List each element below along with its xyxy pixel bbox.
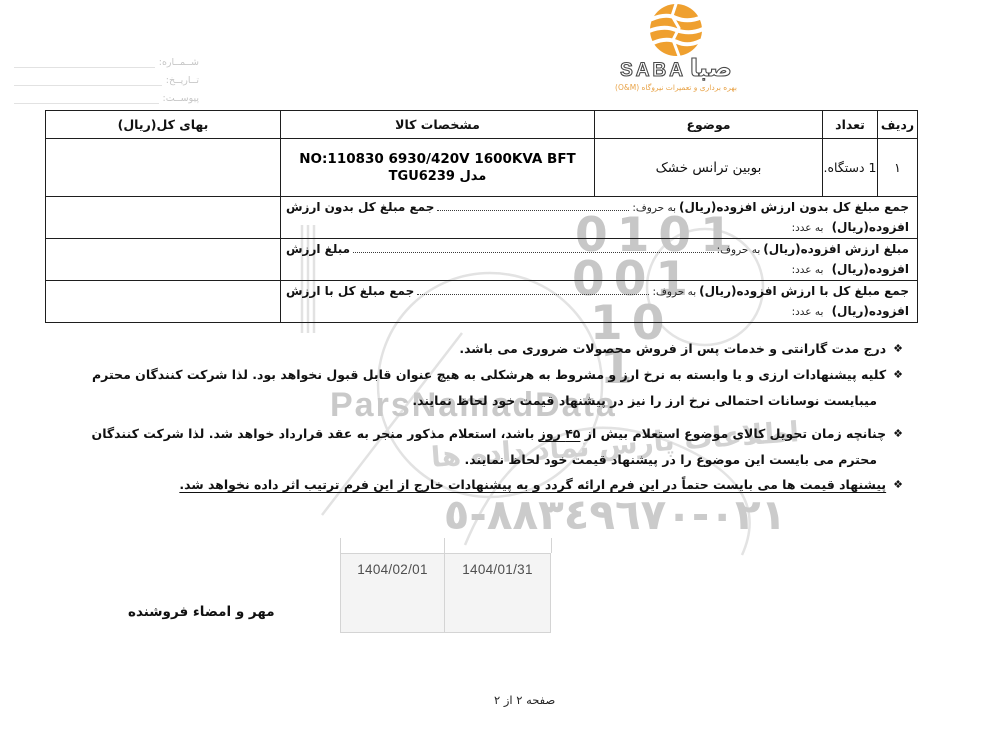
model-label: مدل bbox=[459, 169, 486, 184]
logo-latin-name: SABA bbox=[620, 61, 686, 80]
total-without-vat-row: جمع مبلغ کل بدون ارزش افزوده(ریال) به حر… bbox=[46, 197, 918, 239]
date-cell-start: 1404/02/01 bbox=[340, 553, 444, 633]
logo-subtitle: بهره برداری و تعمیرات نیروگاه (O&M) bbox=[594, 83, 758, 92]
meta-date-row: تــاریــخ: bbox=[14, 68, 199, 86]
vat-amount-cell: مبلغ ارزش افزوده(ریال) به حروف: مبلغ ارز… bbox=[281, 239, 918, 281]
date-cell-end: 1404/01/31 bbox=[444, 553, 551, 633]
total-label-wrap: جمع مبلغ کل با ارزش bbox=[286, 284, 414, 298]
total-label-2: افزوده(ریال) bbox=[832, 262, 909, 276]
note-form-requirement: ❖پیشنهاد قیمت ها می بایست حتماً در این ف… bbox=[61, 472, 919, 498]
dotted-fill-line bbox=[353, 252, 714, 253]
terms-notes: ❖درج مدت گارانتی و خدمات پس از فروش محصو… bbox=[61, 336, 919, 498]
date-fill-line bbox=[14, 74, 162, 86]
total-without-vat-cell: جمع مبلغ کل بدون ارزش افزوده(ریال) به حر… bbox=[281, 197, 918, 239]
page-number: صفحه ۲ از ۲ bbox=[494, 693, 555, 707]
total-label-2: افزوده(ریال) bbox=[832, 304, 909, 318]
in-figures-label: به عدد: bbox=[792, 306, 824, 318]
seller-signature-label: مهر و امضاء فروشنده bbox=[128, 604, 275, 620]
total-with-vat-amount-empty bbox=[46, 281, 281, 323]
vat-amount-row: مبلغ ارزش افزوده(ریال) به حروف: مبلغ ارز… bbox=[46, 239, 918, 281]
in-words-label: به حروف: bbox=[652, 286, 696, 298]
attachment-fill-line bbox=[14, 92, 159, 104]
number-fill-line bbox=[14, 56, 155, 68]
note-delivery-time: ❖چنانچه زمان تحویل کالای موضوع استعلام ب… bbox=[61, 421, 919, 472]
attachment-label: پیوســت: bbox=[163, 93, 199, 104]
logo-persian-name: صبا bbox=[690, 56, 732, 80]
table-border-stub bbox=[444, 538, 445, 553]
item-row-number: ۱ bbox=[878, 139, 918, 197]
note-text: درج مدت گارانتی و خدمات پس از فروش محصول… bbox=[459, 341, 886, 356]
total-without-vat-amount-empty bbox=[46, 197, 281, 239]
total-label: مبلغ ارزش افزوده(ریال) bbox=[763, 242, 909, 256]
in-figures-label: به عدد: bbox=[792, 264, 824, 276]
bullet-icon: ❖ bbox=[893, 421, 903, 446]
bullet-icon: ❖ bbox=[893, 336, 903, 361]
item-row: ۱ 1 دستگاه. بوبین ترانس خشک NO:110830 69… bbox=[46, 139, 918, 197]
item-spec-model: مدل TGU6239 bbox=[281, 169, 594, 184]
total-label: جمع مبلغ کل بدون ارزش افزوده(ریال) bbox=[679, 200, 909, 214]
dotted-fill-line bbox=[417, 294, 649, 295]
header-total-price: بهای کل(ریال) bbox=[46, 111, 281, 139]
table-border-stub bbox=[551, 538, 552, 553]
meta-attachment-row: پیوســت: bbox=[14, 86, 199, 104]
logo-wordmark: صبا SABA bbox=[594, 56, 758, 80]
in-words-label: به حروف: bbox=[717, 244, 761, 256]
header-specifications: مشخصات کالا bbox=[281, 111, 595, 139]
note-text: کلیه پیشنهادات ارزی و یا وابسته به نرخ ا… bbox=[92, 367, 886, 408]
note-currency: ❖کلیه پیشنهادات ارزی و یا وابسته به نرخ … bbox=[61, 362, 919, 413]
in-words-label: به حروف: bbox=[632, 202, 676, 214]
note-underlined: ۴۵ روز bbox=[539, 426, 581, 441]
total-with-vat-row: جمع مبلغ کل با ارزش افزوده(ریال) به حروف… bbox=[46, 281, 918, 323]
header-row-number: ردیف bbox=[878, 111, 918, 139]
vat-amount-empty bbox=[46, 239, 281, 281]
header-quantity: تعداد bbox=[823, 111, 878, 139]
bullet-icon: ❖ bbox=[893, 472, 903, 497]
company-logo: صبا SABA بهره برداری و تعمیرات نیروگاه (… bbox=[594, 2, 758, 92]
total-label-wrap: مبلغ ارزش bbox=[286, 242, 350, 256]
number-label: شــمــاره: bbox=[159, 57, 199, 68]
meta-number-row: شــمــاره: bbox=[14, 50, 199, 68]
item-total-price-empty bbox=[46, 139, 281, 197]
note-underlined: پیشنهاد قیمت ها می بایست حتماً در این فر… bbox=[179, 477, 886, 492]
globe-icon bbox=[622, 2, 730, 58]
item-spec-line1: NO:110830 6930/420V 1600KVA BFT bbox=[281, 151, 594, 167]
model-value: TGU6239 bbox=[389, 169, 455, 184]
dotted-fill-line bbox=[437, 210, 629, 211]
meta-fields: شــمــاره: تــاریــخ: پیوســت: bbox=[14, 50, 199, 104]
table-border-stub bbox=[340, 538, 341, 553]
total-with-vat-cell: جمع مبلغ کل با ارزش افزوده(ریال) به حروف… bbox=[281, 281, 918, 323]
header-subject: موضوع bbox=[595, 111, 823, 139]
dates-fragment: 1404/02/01 1404/01/31 bbox=[340, 553, 551, 633]
item-subject: بوبین ترانس خشک bbox=[595, 139, 823, 197]
date-label: تــاریــخ: bbox=[166, 75, 199, 86]
bullet-icon: ❖ bbox=[893, 362, 903, 387]
document-page: 0101 001 10 1 ParsNamadData اطلاعات پارس… bbox=[0, 0, 983, 748]
item-quantity: 1 دستگاه. bbox=[823, 139, 878, 197]
total-label: جمع مبلغ کل با ارزش افزوده(ریال) bbox=[699, 284, 909, 298]
total-label-2: افزوده(ریال) bbox=[832, 220, 909, 234]
total-label-wrap: جمع مبلغ کل بدون ارزش bbox=[286, 200, 434, 214]
note-warranty: ❖درج مدت گارانتی و خدمات پس از فروش محصو… bbox=[61, 336, 919, 362]
item-specifications: NO:110830 6930/420V 1600KVA BFT مدل TGU6… bbox=[281, 139, 595, 197]
table-header-row: ردیف تعداد موضوع مشخصات کالا بهای کل(ریا… bbox=[46, 111, 918, 139]
inquiry-table: ردیف تعداد موضوع مشخصات کالا بهای کل(ریا… bbox=[45, 110, 918, 323]
in-figures-label: به عدد: bbox=[792, 222, 824, 234]
note-text: چنانچه زمان تحویل کالای موضوع استعلام بی… bbox=[580, 426, 886, 441]
